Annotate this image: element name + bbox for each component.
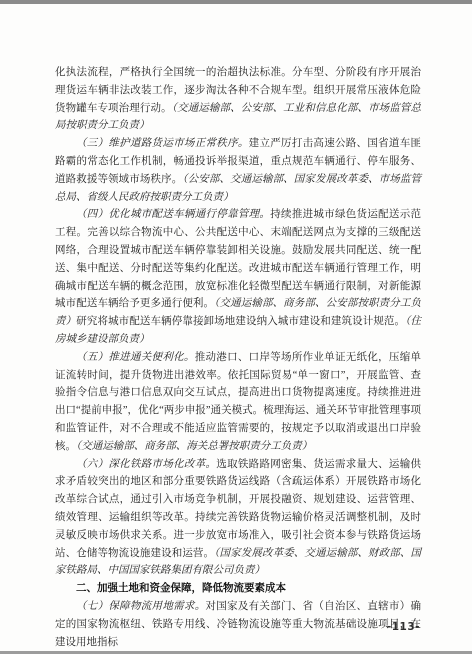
paragraph-item-5: （五）推进通关便利化。推动港口、口岸等场所作业单证无纸化，压缩单证流转时间，提升…	[55, 349, 421, 456]
paragraph-item-6: （六）深化铁路市场化改革。选取铁路路网密集、货运需求量大、运输供求矛盾较突出的地…	[55, 456, 421, 581]
paragraph-item-4: （四）优化城市配送车辆通行停靠管理。持续推进城市绿色货运配送示范工程。完善以综合…	[55, 206, 421, 348]
section-title: （七）保障物流用地需求。	[76, 601, 205, 612]
section-title: （六）深化铁路市场化改革。	[76, 459, 216, 470]
paragraph-item-3: （三）维护道路货运市场正常秩序。建立严厉打击高速公路、国省道车匪路霸的常态化工作…	[55, 135, 421, 206]
chapter-heading: 二、加强土地和资金保障，降低物流要素成本	[55, 580, 421, 598]
page-number: -113-	[387, 621, 420, 633]
section-title: （五）推进通关便利化。	[76, 352, 195, 363]
body-text: 研究将城市配送车辆停靠接卸场地建设纳入城市建设和建筑设计规范。	[76, 316, 405, 327]
responsible-departments: （交通运输部、商务部、海关总署按职责分工负责）	[76, 441, 312, 452]
scan-edge-top	[0, 0, 472, 4]
body-text: 选取铁路路网密集、货运需求量大、运输供求矛盾较突出的地区和部分重要铁路货运线路（…	[55, 459, 421, 559]
section-title: （四）优化城市配送车辆通行停靠管理。	[76, 209, 270, 220]
body-text: 持续推进城市绿色货运配送示范工程。完善以综合物流中心、公共配送中心、末端配送网点…	[55, 209, 421, 309]
document-page: 化执法流程，严格执行全国统一的治超执法标准。分车型、分阶段有序开展治理货运车辆非…	[0, 0, 472, 654]
paragraph-continuation: 化执法流程，严格执行全国统一的治超执法标准。分车型、分阶段有序开展治理货运车辆非…	[55, 64, 421, 135]
page-content: 化执法流程，严格执行全国统一的治超执法标准。分车型、分阶段有序开展治理货运车辆非…	[55, 64, 421, 651]
paragraph-item-7: （七）保障物流用地需求。对国家及有关部门、省（自治区、直辖市）确定的国家物流枢纽…	[55, 598, 421, 651]
chapter-heading-text: 二、加强土地和资金保障，降低物流要素成本	[76, 582, 286, 594]
body-text: 推动港口、口岸等场所作业单证无纸化，压缩单证流转时间，提升货物进出港效率。依托国…	[55, 352, 421, 452]
section-title: （三）维护道路货运市场正常秩序。	[76, 138, 249, 149]
